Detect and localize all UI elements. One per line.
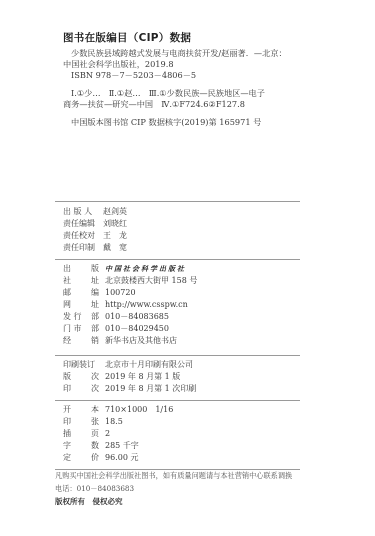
label-part: 本 <box>91 404 99 416</box>
spec-value: 285 千字 <box>105 440 139 452</box>
spec-row-sheets: 印张 18.5 <box>63 416 123 428</box>
publisher-label: 网址 <box>63 299 99 311</box>
label-part: 版 <box>63 371 71 383</box>
cip-classification-line-1: Ⅰ.①少… Ⅱ.①赵… Ⅲ.①少数民族—民族地区—电子 <box>71 88 265 99</box>
staff-value: 赵剑英 <box>103 206 127 218</box>
spec-row-inserts: 插页 2 <box>63 428 110 440</box>
label-part: 插 <box>63 428 71 440</box>
printing-value: 2019 年 8 月第 1 版 <box>105 371 180 383</box>
publisher-logo-text: 中国社会科学出版社 <box>105 263 186 275</box>
publisher-label: 出版 <box>63 263 99 275</box>
publisher-website-link[interactable]: http://www.csspw.cn <box>105 299 188 311</box>
label-part: 经 <box>63 335 71 347</box>
spec-label: 定价 <box>63 452 99 464</box>
publisher-row-retail: 门 市部 010－84029450 <box>63 323 169 335</box>
printing-value: 2019 年 8 月第 1 次印刷 <box>105 383 196 395</box>
divider-top <box>55 201 300 202</box>
label-part: 字 <box>63 440 71 452</box>
publisher-row-address: 社址 北京鼓楼西大街甲 158 号 <box>63 275 197 287</box>
printing-label: 印次 <box>63 383 99 395</box>
cip-record-number: 中国版本图书馆 CIP 数据核字(2019)第 165971 号 <box>71 117 261 128</box>
spec-value: 710×1000 1/16 <box>105 404 173 416</box>
publisher-value: 010－84083685 <box>105 311 169 323</box>
spec-label: 开本 <box>63 404 99 416</box>
printing-value: 北京市十月印刷有限公司 <box>105 359 193 371</box>
publisher-row-website: 网址 http://www.csspw.cn <box>63 299 188 311</box>
printing-row-binder: 印刷装订 北京市十月印刷有限公司 <box>63 359 193 371</box>
publisher-row-name: 出版 中国社会科学出版社 <box>63 263 186 275</box>
staff-label: 责任校对 <box>63 230 99 242</box>
staff-label: 责任编辑 <box>63 218 99 230</box>
publisher-label: 经销 <box>63 335 99 347</box>
spec-label: 插页 <box>63 428 99 440</box>
label-part: 次 <box>91 371 99 383</box>
staff-label: 出 版 人 <box>63 206 99 218</box>
publisher-row-seller: 经销 新华书店及其他书店 <box>63 335 177 347</box>
staff-row-publisher: 出 版 人 赵剑英 <box>63 206 127 218</box>
label-part: 次 <box>91 383 99 395</box>
printing-label: 印刷装订 <box>63 359 99 371</box>
spec-value: 2 <box>105 428 110 440</box>
copyright-notice: 版权所有 侵权必究 <box>55 496 123 507</box>
printing-row-impression: 印次 2019 年 8 月第 1 次印刷 <box>63 383 196 395</box>
publisher-row-distribution: 发 行部 010－84083685 <box>63 311 169 323</box>
spec-row-wordcount: 字数 285 千字 <box>63 440 139 452</box>
divider-specs <box>55 400 300 401</box>
label-part: 价 <box>91 452 99 464</box>
staff-row-proofreader: 责任校对 王 龙 <box>63 230 127 242</box>
label-part: 邮 <box>63 287 71 299</box>
printing-row-edition: 版次 2019 年 8 月第 1 版 <box>63 371 180 383</box>
divider-printing <box>55 355 300 356</box>
staff-value: 王 龙 <box>103 230 127 242</box>
staff-value: 刘晓红 <box>103 218 127 230</box>
staff-row-editor: 责任编辑 刘晓红 <box>63 218 127 230</box>
cip-isbn: ISBN 978－7－5203－4806－5 <box>71 70 196 81</box>
label-part: 开 <box>63 404 71 416</box>
publisher-value: 100720 <box>105 287 136 299</box>
cip-bibliographic-line: 少数民族县域跨越式发展与电商扶贫开发/赵丽著．—北京： <box>71 48 287 59</box>
publisher-label: 邮编 <box>63 287 99 299</box>
staff-row-printing: 责任印制 戴 宽 <box>63 242 127 254</box>
staff-value: 戴 宽 <box>103 242 127 254</box>
spec-label: 印张 <box>63 416 99 428</box>
cip-publisher-line: 中国社会科学出版社，2019.8 <box>63 59 174 70</box>
printing-label: 版次 <box>63 371 99 383</box>
spec-value: 96.00 元 <box>105 452 138 464</box>
divider-footer <box>55 469 300 470</box>
label-part: 出 <box>63 263 71 275</box>
label-part: 页 <box>91 428 99 440</box>
publisher-label: 门 市部 <box>63 323 99 335</box>
label-part: 张 <box>91 416 99 428</box>
quality-notice: 凡购买中国社会科学出版社图书，如有质量问题请与本社营销中心联系调换 <box>55 471 292 481</box>
label-part: 定 <box>63 452 71 464</box>
divider-publisher <box>55 259 300 260</box>
label-part: 销 <box>91 335 99 347</box>
label-part: 部 <box>91 323 99 335</box>
label-part: 版 <box>91 263 99 275</box>
label-part: 社 <box>63 275 71 287</box>
spec-label: 字数 <box>63 440 99 452</box>
publisher-label: 发 行部 <box>63 311 99 323</box>
label-part: 印 <box>63 383 71 395</box>
label-part: 址 <box>91 299 99 311</box>
staff-label: 责任印制 <box>63 242 99 254</box>
label-part: 门 市 <box>63 323 82 335</box>
label-part: 发 行 <box>63 311 82 323</box>
publisher-value: 010－84029450 <box>105 323 169 335</box>
label-part: 编 <box>91 287 99 299</box>
contact-phone: 电话：010－84083683 <box>55 484 134 494</box>
label-part: 网 <box>63 299 71 311</box>
publisher-value: 新华书店及其他书店 <box>105 335 177 347</box>
cip-title: 图书在版编目（CIP）数据 <box>63 30 191 45</box>
spec-row-format: 开本 710×1000 1/16 <box>63 404 173 416</box>
label-part: 印 <box>63 416 71 428</box>
label-part: 数 <box>91 440 99 452</box>
label-part: 址 <box>91 275 99 287</box>
spec-value: 18.5 <box>105 416 123 428</box>
publisher-value: 北京鼓楼西大街甲 158 号 <box>105 275 197 287</box>
spec-row-price: 定价 96.00 元 <box>63 452 138 464</box>
publisher-label: 社址 <box>63 275 99 287</box>
publisher-row-postcode: 邮编 100720 <box>63 287 136 299</box>
label-part: 部 <box>91 311 99 323</box>
cip-classification-line-2: 商务—扶贫—研究—中国 Ⅳ.①F724.6②F127.8 <box>63 99 245 110</box>
